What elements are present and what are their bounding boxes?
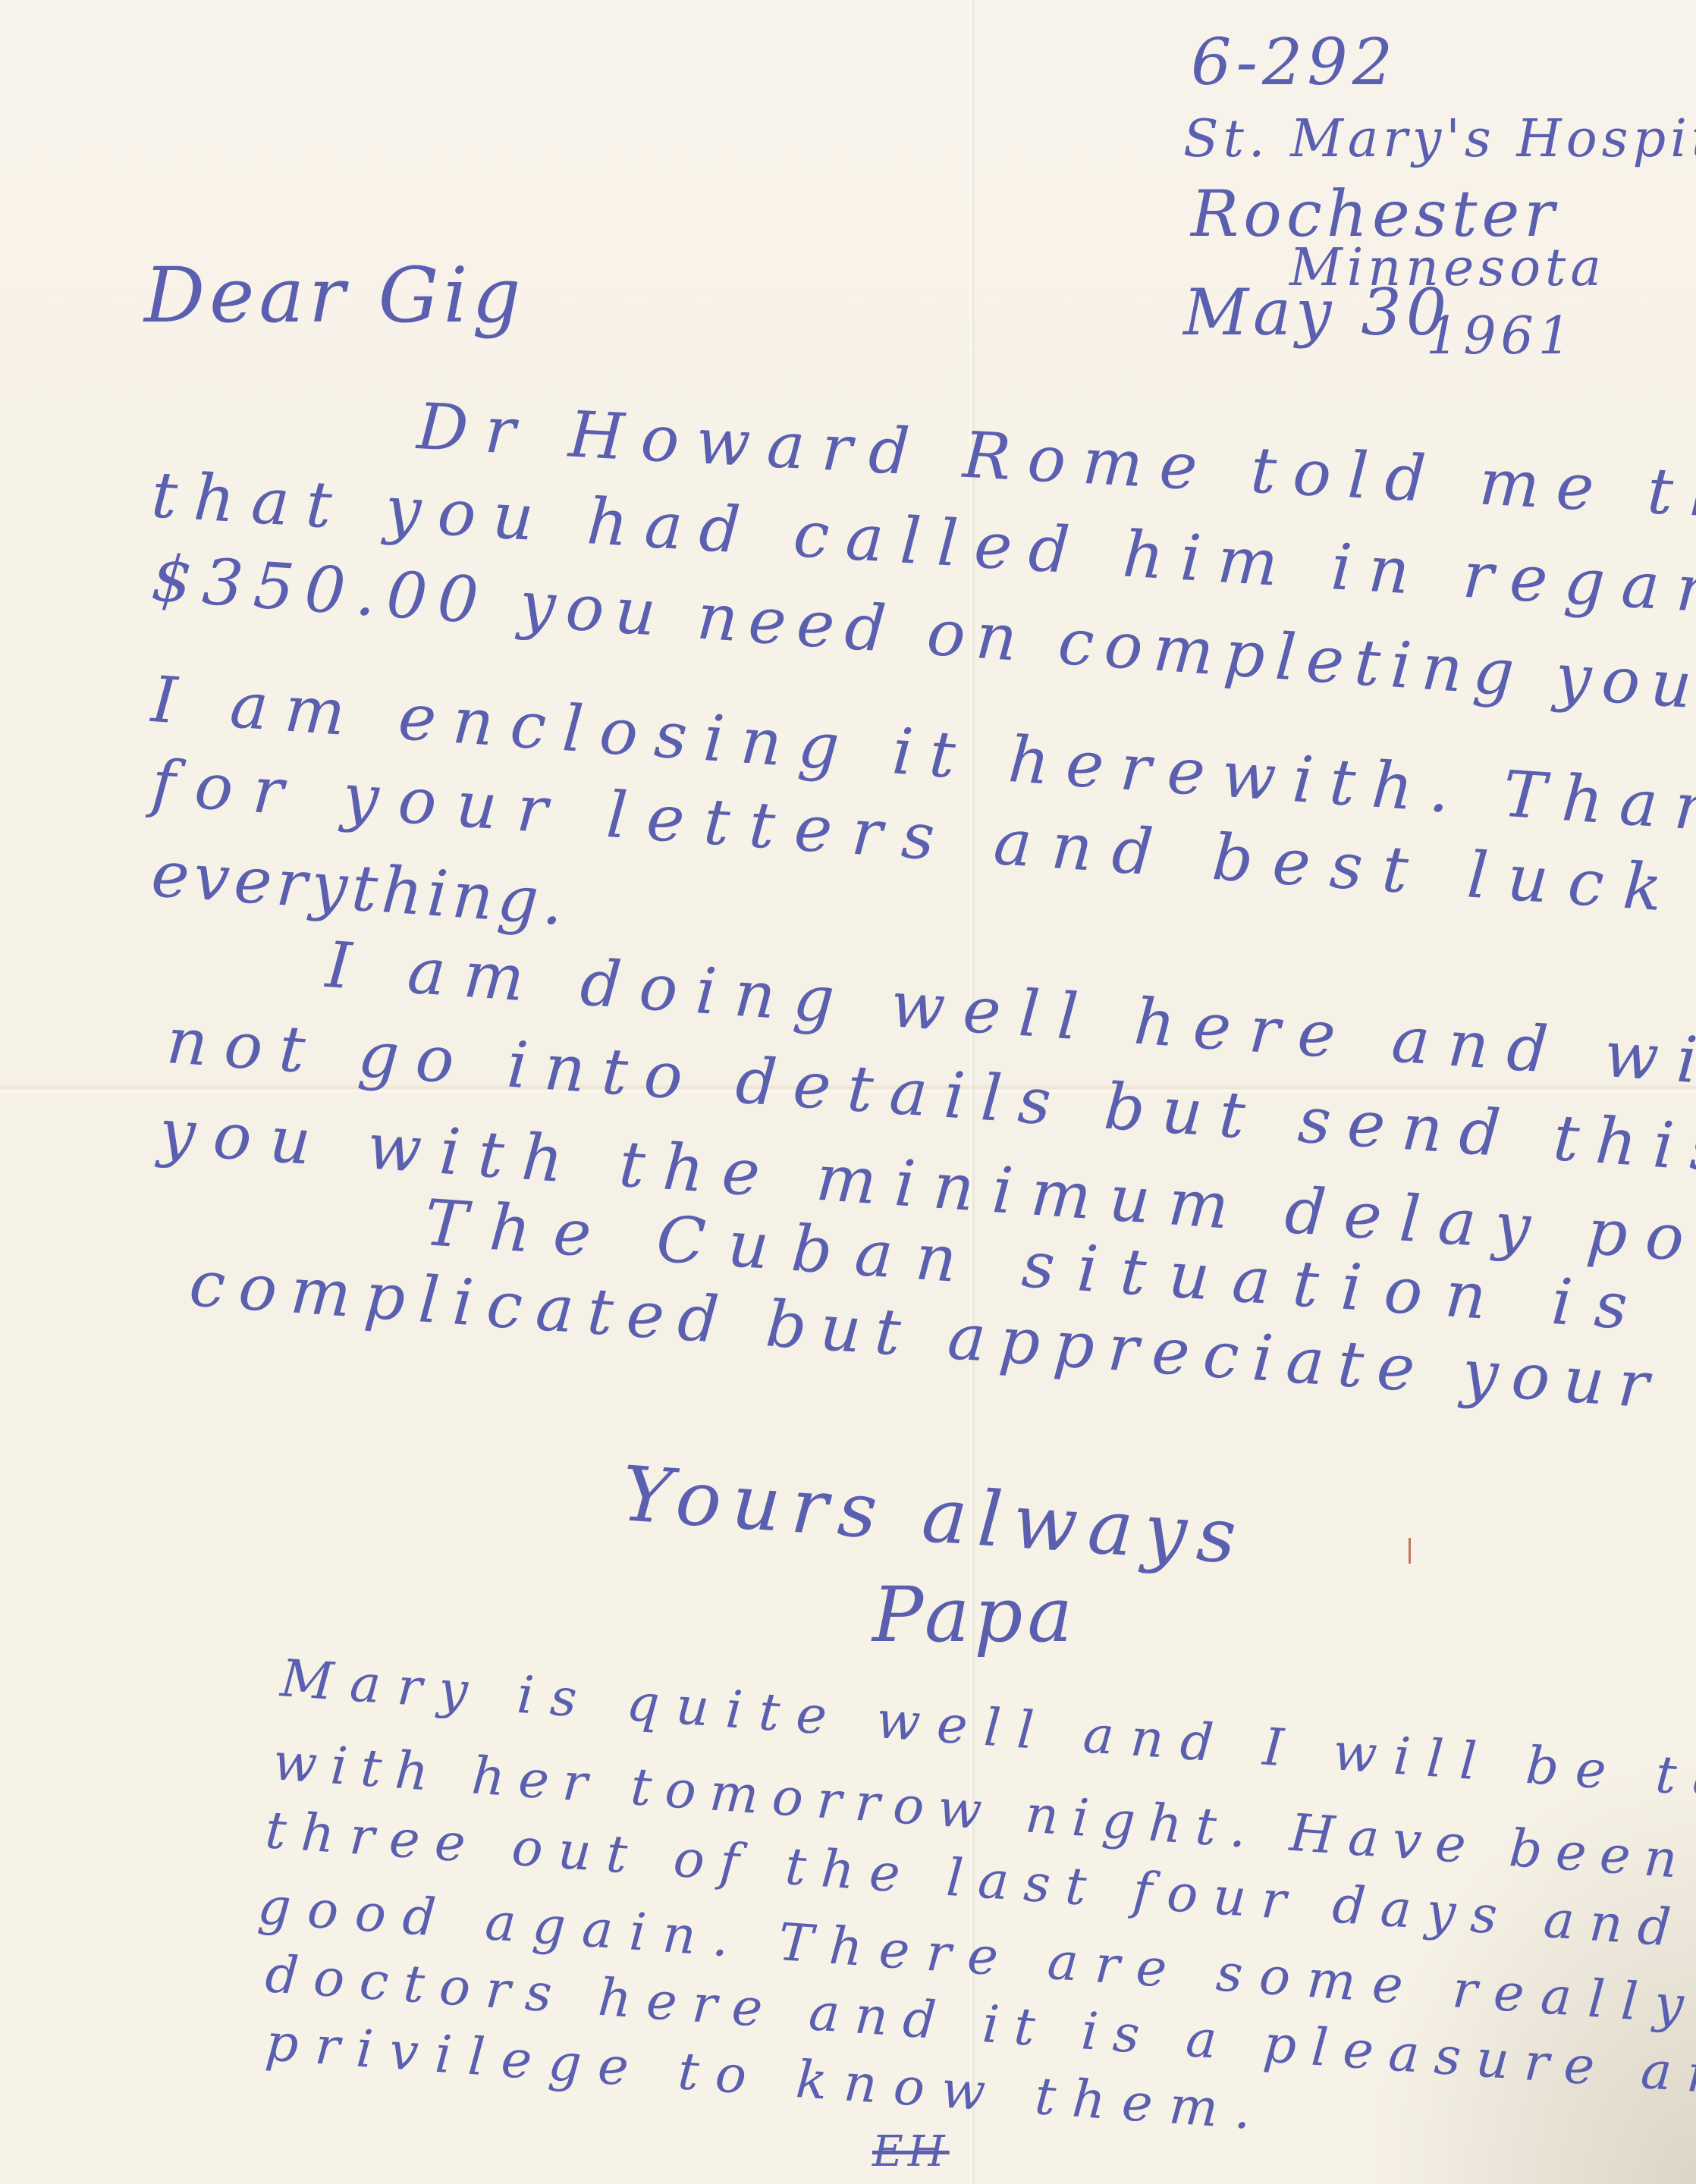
red-ink-mark: [1409, 1538, 1411, 1564]
initials: EH: [872, 2131, 950, 2173]
date-year: 1961: [1426, 311, 1575, 362]
signature: Papa: [872, 1577, 1077, 1653]
address-hospital: St. Mary's Hospital: [1183, 114, 1696, 165]
date-month-day: May 30: [1183, 281, 1451, 344]
reference-number: 6-292: [1191, 30, 1397, 94]
salutation: Dear Gig: [144, 258, 525, 334]
address-city: Rochester: [1191, 182, 1559, 246]
